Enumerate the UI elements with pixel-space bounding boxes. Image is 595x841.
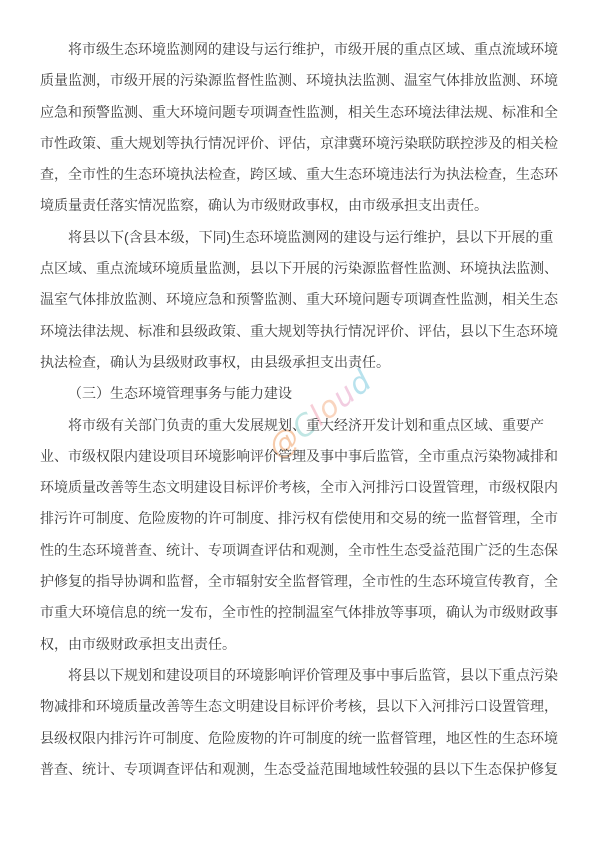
section-heading-text: （三）生态环境管理事务与能力建设 [40, 378, 558, 409]
text-line: 应急和预警监测、重大环境问题专项调查性监测，相关生态环境法律法规、标准和全 [40, 97, 558, 128]
paragraph-county-management: 将县以下规划和建设项目的环境影响评价管理及事中事后监管，县以下重点污染 物减排和… [40, 660, 558, 785]
paragraph-municipal-management: 将市级有关部门负责的重大发展规划、重大经济开发计划和重点区域、重要产 业、市级权… [40, 410, 558, 660]
paragraph-county-monitoring: 将县以下(含县本级，下同)生态环境监测网的建设与运行维护，县以下开展的重 点区域… [40, 222, 558, 378]
text-line: 境质量责任落实情况监察，确认为市级财政事权，由市级承担支出责任。 [40, 190, 558, 221]
text-line: 将市级生态环境监测网的建设与运行维护，市级开展的重点区域、重点流域环境 [40, 34, 558, 65]
document-text: 将市级生态环境监测网的建设与运行维护，市级开展的重点区域、重点流域环境 质量监测… [0, 0, 595, 785]
text-line: 物减排和环境质量改善等生态文明建设目标评价考核，县以下入河排污口设置管理， [40, 691, 558, 722]
text-line: 查，全市性的生态环境执法检查，跨区域、重大生态环境违法行为执法检查，生态环 [40, 159, 558, 190]
paragraph-municipal-monitoring: 将市级生态环境监测网的建设与运行维护，市级开展的重点区域、重点流域环境 质量监测… [40, 34, 558, 222]
text-line: 将县以下规划和建设项目的环境影响评价管理及事中事后监管，县以下重点污染 [40, 660, 558, 691]
text-line: 环境质量改善等生态文明建设目标评价考核，全市入河排污口设置管理，市级权限内 [40, 472, 558, 503]
text-line: 市重大环境信息的统一发布，全市性的控制温室气体排放等事项，确认为市级财政事 [40, 597, 558, 628]
text-line: 执法检查，确认为县级财政事权，由县级承担支出责任。 [40, 347, 558, 378]
text-line: 温室气体排放监测、环境应急和预警监测、重大环境问题专项调查性监测，相关生态 [40, 284, 558, 315]
text-line: 业、市级权限内建设项目环境影响评价管理及事中事后监管，全市重点污染物减排和 [40, 441, 558, 472]
text-line: 普查、统计、专项调查评估和观测，生态受益范围地域性较强的县以下生态保护修复 [40, 754, 558, 785]
text-line: 县级权限内排污许可制度、危险废物的许可制度的统一监督管理，地区性的生态环境 [40, 723, 558, 754]
text-line: 性的生态环境普查、统计、专项调查评估和观测，全市性生态受益范围广泛的生态保 [40, 535, 558, 566]
text-line: 排污许可制度、危险废物的许可制度、排污权有偿使用和交易的统一监督管理，全市 [40, 503, 558, 534]
text-line: 权，由市级财政承担支出责任。 [40, 629, 558, 660]
text-line: 环境法律法规、标准和县级政策、重大规划等执行情况评价、评估，县以下生态环境 [40, 316, 558, 347]
document-page: @Cloud 将市级生态环境监测网的建设与运行维护，市级开展的重点区域、重点流域… [0, 0, 595, 841]
text-line: 质量监测，市级开展的污染源监督性监测、环境执法监测、温室气体排放监测、环境 [40, 65, 558, 96]
section-heading: （三）生态环境管理事务与能力建设 [40, 378, 558, 409]
text-line: 市性政策、重大规划等执行情况评价、评估，京津冀环境污染联防联控涉及的相关检 [40, 128, 558, 159]
text-line: 点区域、重点流域环境质量监测，县以下开展的污染源监督性监测、环境执法监测、 [40, 253, 558, 284]
text-line: 护修复的指导协调和监督，全市辐射安全监督管理，全市性的生态环境宣传教育，全 [40, 566, 558, 597]
text-line: 将县以下(含县本级，下同)生态环境监测网的建设与运行维护，县以下开展的重 [40, 222, 558, 253]
text-line: 将市级有关部门负责的重大发展规划、重大经济开发计划和重点区域、重要产 [40, 410, 558, 441]
